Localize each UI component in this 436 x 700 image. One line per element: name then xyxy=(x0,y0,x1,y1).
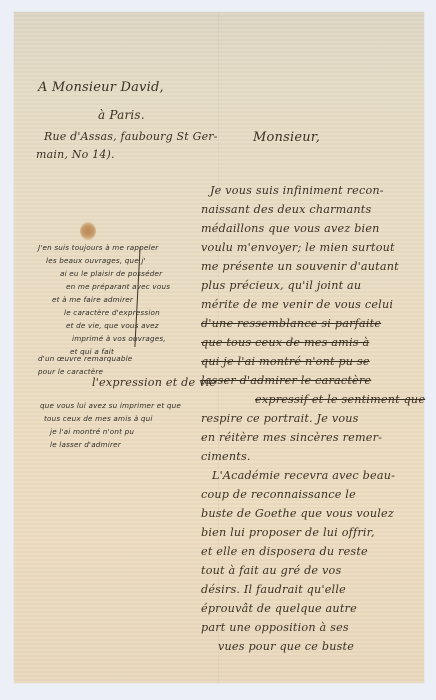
body-line: tout à fait au gré de vos xyxy=(201,564,341,577)
margin-note-line: tous ceux de mes amis à qui xyxy=(44,414,153,423)
body-line: bien lui proposer de lui offrir, xyxy=(201,526,375,539)
salutation: Monsieur, xyxy=(253,130,320,145)
body-line: plus précieux, qu'il joint au xyxy=(201,279,361,292)
margin-note-line: les beaux ouvrages, que j' xyxy=(46,256,146,265)
body-line: vues pour que ce buste xyxy=(218,640,354,653)
margin-note-line: je l'ai montré n'ont pu xyxy=(50,427,134,436)
body-line: respire ce portrait. Je vous xyxy=(201,412,359,425)
body-line: médaillons que vous avez bien xyxy=(201,222,380,235)
body-line-struck: d'une ressemblance si parfaite xyxy=(201,317,381,330)
address-city: à Paris. xyxy=(98,108,145,122)
margin-note-line: le caractère d'expression xyxy=(64,308,160,317)
body-line: L'Académie recevra avec beau- xyxy=(212,469,395,482)
margin-note-line: imprimé à vos ouvrages, xyxy=(72,334,166,343)
inserted-phrase: l'expression et de vie xyxy=(92,376,216,389)
body-line-struck: que tous ceux de mes amis à xyxy=(201,336,369,349)
address-recipient: A Monsieur David, xyxy=(38,80,164,95)
body-line: part une opposition à ses xyxy=(201,621,349,634)
body-line: ciments. xyxy=(201,450,251,463)
body-line: buste de Goethe que vous voulez xyxy=(201,507,394,520)
margin-note-line: ai eu le plaisir de posséder xyxy=(60,269,162,278)
address-number: main, No 14). xyxy=(36,148,115,161)
body-line-struck: qui je l'ai montré n'ont pu se xyxy=(201,355,370,368)
body-line-struck: lasser d'admirer le caractère xyxy=(201,374,371,387)
body-line: voulu m'envoyer; le mien surtout xyxy=(201,241,395,254)
address-street: Rue d'Assas, faubourg St Ger- xyxy=(44,130,218,143)
margin-note-line: pour le caractère xyxy=(38,367,103,376)
body-line: éprouvât de quelque autre xyxy=(201,602,357,615)
margin-note-line: en me préparant avec vous xyxy=(66,282,170,291)
margin-note-line: et de vie, que vous avez xyxy=(66,321,159,330)
margin-note-line: d'un œuvre remarquable xyxy=(38,354,132,363)
margin-note-line: que vous lui avez su imprimer et que xyxy=(40,401,181,410)
margin-note-line: le lasser d'admirer xyxy=(50,440,121,449)
body-line: en réitère mes sincères remer- xyxy=(201,431,382,444)
body-line: mérite de me venir de vous celui xyxy=(201,298,393,311)
margin-note-line: et à me faire admirer xyxy=(52,295,133,304)
body-line: me présente un souvenir d'autant xyxy=(201,260,399,273)
body-line-struck: expressif et le sentiment que xyxy=(255,393,425,406)
margin-note-line: J'en suis toujours à me rappeler xyxy=(38,243,158,252)
body-line: désirs. Il faudrait qu'elle xyxy=(201,583,346,596)
ink-stain xyxy=(80,222,96,240)
body-line: coup de reconnaissance le xyxy=(201,488,356,501)
body-line: Je vous suis infiniment recon- xyxy=(210,184,384,197)
body-line: et elle en disposera du reste xyxy=(201,545,368,558)
body-line: naissant des deux charmants xyxy=(201,203,371,216)
